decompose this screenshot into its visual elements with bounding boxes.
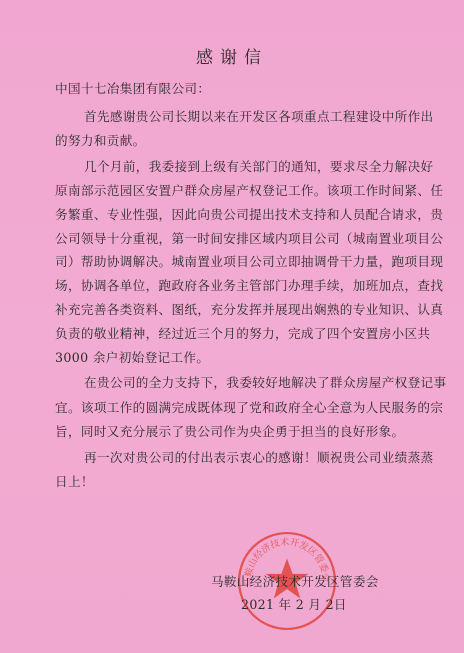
body-line: 务繁重、专业性强，因此向贵公司提出技术支持和人员配合请求，贵	[55, 207, 420, 223]
body-line: 公司领导十分重视，第一时间安排区域内项目公司（城南置业项目公	[55, 231, 420, 247]
body-line: 补充完善各类资料、图纸，充分发挥并展现出娴熟的专业知识、认真	[55, 302, 420, 318]
body-line: 3000 余户初始登记工作。	[55, 350, 420, 366]
body-line: 场，协调各单位，跑政府各业务主管部门办理手续，加班加点，查找	[55, 278, 420, 294]
body-line: 司）帮助协调解决。城南置业项目公司立即抽调骨干力量，跑项目现	[55, 254, 420, 270]
signature-date: 2021 年 2 月 2日	[241, 594, 347, 613]
body-line: 几个月前，我委接到上级有关部门的通知，要求尽全力解决好	[84, 159, 420, 175]
body-line: 首先感谢贵公司长期以来在开发区各项重点工程建设中所作出	[84, 109, 420, 125]
signature-organization: 马鞍山经济技术开发区管委会	[211, 571, 379, 590]
body-line: 旨，同时又充分展示了贵公司作为央企勇于担当的良好形象。	[55, 424, 420, 440]
body-line: 再一次对贵公司的付出表示衷心的感谢！顺祝贵公司业绩蒸蒸	[84, 450, 420, 466]
body-line: 的努力和贡献。	[55, 133, 420, 149]
body-line: 日上！	[55, 474, 420, 490]
body-line: 负责的敬业精神，经过近三个月的努力，完成了四个安置房小区共	[55, 326, 420, 342]
letter-page: 感谢信 中国十七冶集团有限公司： 首先感谢贵公司长期以来在开发区各项重点工程建设…	[0, 0, 464, 653]
body-line: 在贵公司的全力支持下，我委较好地解决了群众房屋产权登记事	[84, 375, 420, 391]
salutation: 中国十七冶集团有限公司：	[55, 81, 420, 97]
letter-title: 感谢信	[0, 43, 464, 68]
body-line: 宜。该项工作的圆满完成既体现了党和政府全心全意为人民服务的宗	[55, 400, 420, 416]
body-line: 原南部示范园区安置户群众房屋产权登记工作。该项工作时间紧、任	[55, 183, 420, 199]
